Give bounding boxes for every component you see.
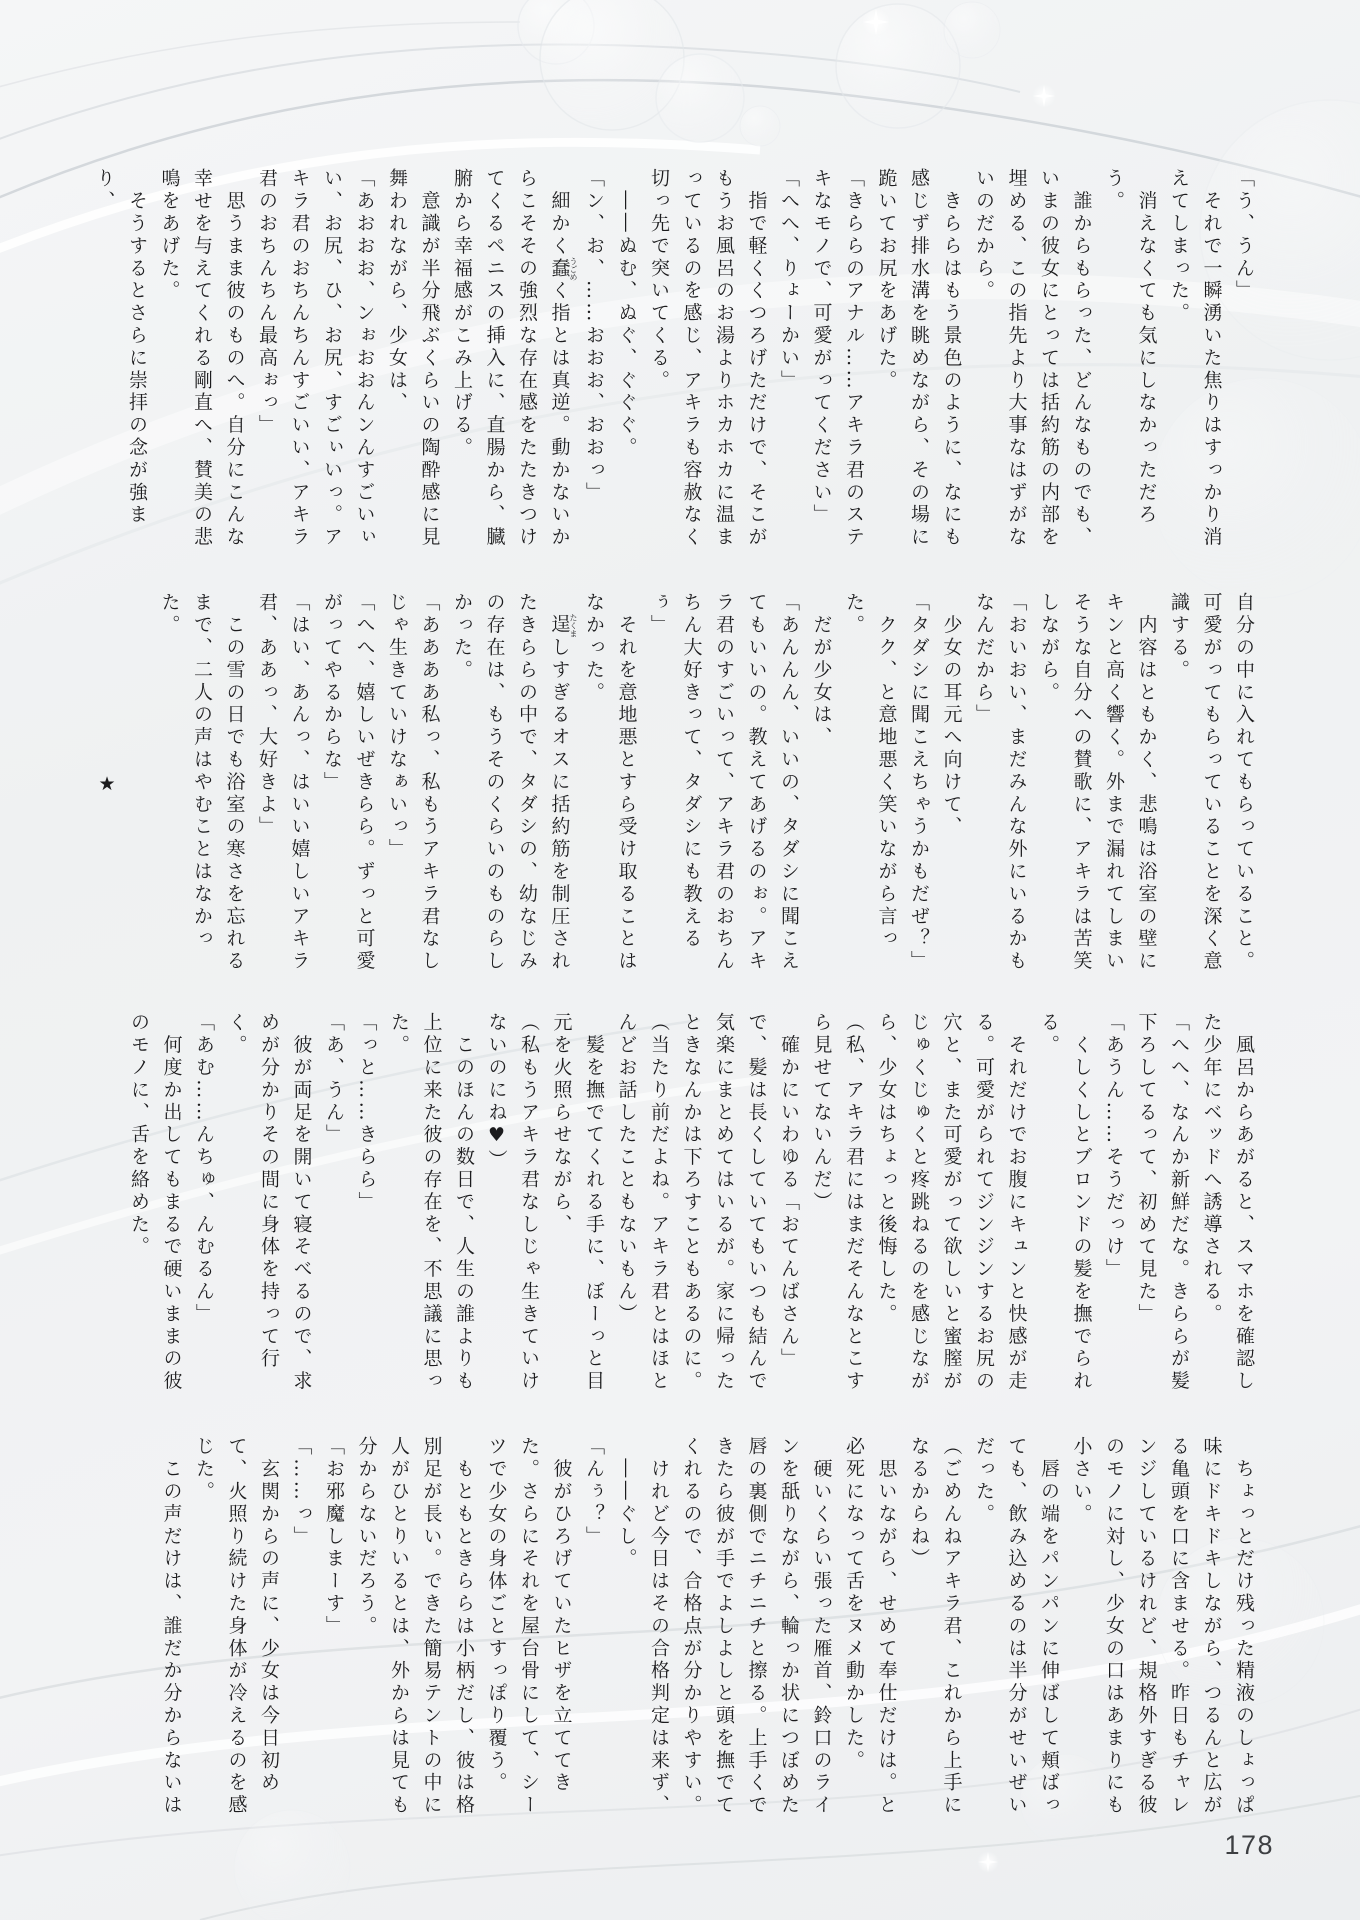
paragraph: 「ン、お、……おおお、おおっ」 — [578, 168, 611, 552]
paragraph: 「あむ……んちゅ、んむるん」 — [188, 1012, 221, 1396]
paragraph: 「タダシに聞こえちゃうかもだぜ？」 — [903, 592, 936, 976]
paragraph: 消えなくても気にしなかっただろう。 — [1098, 168, 1163, 552]
paragraph: ――ぬむ、ぬぐ、ぐぐぐ。 — [610, 168, 643, 552]
paragraph: 唇の端をパンパンに伸ばして頬ばっても、飲み込めるのは半分がせいぜいだった。 — [968, 1436, 1066, 1820]
text-band-2: 自分の中に入れてもらっていること。可愛がってもらっていることを深く意識する。 内… — [134, 592, 1260, 976]
paragraph: この声だけは、誰だか分からないは — [155, 1436, 188, 1820]
paragraph: 思うまま彼のものへ。自分にこんな幸せを与えてくれる剛直へ、賛美の悲鳴をあげた。 — [153, 168, 251, 552]
paragraph: きららはもう景色のように、なにも感じず排水溝を眺めながら、その場に跪いてお尻をあ… — [870, 168, 968, 552]
paragraph: くしくしとブロンドの髪を撫でられる。 — [1033, 1012, 1098, 1396]
paragraph: 「きららのアナル……アキラ君のステキなモノで、可愛がってください」 — [805, 168, 870, 552]
paragraph: 意識が半分飛ぶくらいの陶酔感に見舞われながら、少女は、 — [381, 168, 446, 552]
paragraph: 「んぅ？」 — [578, 1436, 611, 1820]
paragraph: 自分の中に入れてもらっていること。可愛がってもらっていることを深く意識する。 — [1163, 592, 1261, 976]
paragraph: ちょっとだけ残った精液のしょっぱ味にドキドキしながら、つるんと広がる亀頭を口に含… — [1065, 1436, 1260, 1820]
text-band-4: ちょっとだけ残った精液のしょっぱ味にドキドキしながら、つるんと広がる亀頭を口に含… — [134, 1436, 1260, 1820]
paragraph: 「はい、あんっ、はいい嬉しいアキラ君、ああっ、大好きよ」 — [251, 592, 316, 976]
paragraph: けれど今日はその合格判定は来ず、 — [643, 1436, 676, 1820]
paragraph: 逞たくましすぎるオスに括約筋を制圧されたきららの中で、タダシの、幼なじみの存在は… — [446, 592, 578, 976]
paragraph: ――ぐし。 — [610, 1436, 643, 1820]
paragraph: 「あうん……そうだっけ」 — [1098, 1012, 1131, 1396]
paragraph: 「おいおい、まだみんな外にいるかもなんだから」 — [968, 592, 1033, 976]
paragraph: （当たり前だよね。アキラ君とはほとんどお話したこともないもん） — [610, 1012, 675, 1396]
paragraph: この雪の日でも浴室の寒さを忘れるまで、二人の声はやむことはなかった。 — [153, 592, 251, 976]
paragraph: 「ああああ私っ、私もうアキラ君なしじゃ生きていけなぁいっ」 — [381, 592, 446, 976]
paragraph: 「あおおお、ンぉおおんンんすごいぃい、お尻、ひ、お尻、すごぃいっ。アキラ君のおち… — [251, 168, 381, 552]
paragraph: 「へへ、りょーかい」 — [773, 168, 806, 552]
paragraph: 彼が両足を開いて寝そべるので、求めが分かりその間に身体を持って行く。 — [220, 1012, 318, 1396]
paragraph: それで一瞬湧いた焦りはすっかり消えてしまった。 — [1163, 168, 1228, 552]
paragraph: 内容はともかく、悲鳴は浴室の壁にキンと高く響く。外まで漏れてしまいそうな自分への… — [1033, 592, 1163, 976]
paragraph: 誰からもらった、どんなものでも、いまの彼女にとっては括約筋の内部を埋める、この指… — [968, 168, 1098, 552]
book-page: { "page": { "number": "178", "divider_sy… — [0, 0, 1360, 1920]
paragraph: 「……っ」 — [285, 1436, 318, 1820]
paragraph: 風呂からあがると、スマホを確認した少年にベッドへ誘導される。 — [1195, 1012, 1260, 1396]
paragraph: 彼がひろげていたヒザを立ててきた。さらにそれを屋台骨にして、シーツで少女の身体ご… — [480, 1436, 578, 1820]
paragraph: だが少女は、 — [805, 592, 838, 976]
paragraph: クク、と意地悪く笑いながら言った。 — [838, 592, 903, 976]
paragraph: 少女の耳元へ向けて、 — [935, 592, 968, 976]
paragraph: 指で軽くくつろげただけで、そこがもうお風呂のお湯よりホカホカに温まっているのを感… — [643, 168, 773, 552]
paragraph: 「あ、うん」 — [318, 1012, 351, 1396]
scene-break-star: ★ — [91, 592, 124, 976]
paragraph: 確かにいわゆる「おてんばさん」で、髪は長くしていてもいつも結んで気楽にまとめては… — [675, 1012, 805, 1396]
paragraph: （ごめんねアキラ君、これから上手になるからね） — [903, 1436, 968, 1820]
paragraph: 「へへ、なんか新鮮だな。きららが髪下ろしてるって、初めて見た」 — [1130, 1012, 1195, 1396]
paragraph: 何度か出してもまるで硬いままの彼のモノに、舌を絡めた。 — [123, 1012, 188, 1396]
paragraph: 「っと……きらら」 — [350, 1012, 383, 1396]
paragraph: （私、アキラ君にはまだそんなとこすら見せてないんだ） — [805, 1012, 870, 1396]
paragraph: 「へへ、嬉しいぜきらら。ずっと可愛がってやるからな」 — [316, 592, 381, 976]
paragraph: 玄関からの声に、少女は今日初めて、火照り続けた身体が冷えるのを感じた。 — [188, 1436, 286, 1820]
sparkle-icon — [1032, 84, 1056, 108]
paragraph: そうするとさらに崇拝の念が強まり、 — [88, 168, 153, 552]
paragraph: それだけでお腹にキュンと快感が走る。可愛がられてジンジンするお尻の穴と、また可愛… — [870, 1012, 1033, 1396]
text-band-1: 「う、うん」 それで一瞬湧いた焦りはすっかり消えてしまった。 消えなくても気にし… — [134, 168, 1260, 552]
paragraph: それを意地悪とすら受け取ることはなかった。 — [578, 592, 643, 976]
sparkle-icon — [862, 8, 890, 36]
paragraph: 「あんんん、いいの、タダシに聞こえてもいいの。教えてあげるのぉ。アキラ君のすごい… — [643, 592, 806, 976]
paragraph: このほんの数日で、人生の誰よりも上位に来た彼の存在を、不思議に思った。 — [383, 1012, 481, 1396]
paragraph: 硬いくらい張った雁首、鈴口のラインを舐りながら、輪っか状につぼめた唇の裏側でニチ… — [675, 1436, 838, 1820]
paragraph: （私もうアキラ君なしじゃ生きていけないのにね♥） — [480, 1012, 545, 1396]
paragraph: もともときららは小柄だし、彼は格別足が長い。できた簡易テントの中に人がひとりいる… — [350, 1436, 480, 1820]
paragraph: 髪を撫でてくれる手に、ぼーっと目元を火照らせながら、 — [545, 1012, 610, 1396]
sparkle-icon — [977, 1851, 999, 1873]
page-number: 178 — [1224, 1830, 1274, 1861]
paragraph: 「お邪魔しまーす」 — [318, 1436, 351, 1820]
paragraph: 思いながら、せめて奉仕だけは。と必死になって舌をヌメ動かした。 — [838, 1436, 903, 1820]
paragraph: 細かく蠢うごめく指とは真逆。動かないからこそその強烈な存在感をたたきつけてくるペ… — [446, 168, 578, 552]
text-band-3: 風呂からあがると、スマホを確認した少年にベッドへ誘導される。「へへ、なんか新鮮だ… — [134, 1012, 1260, 1396]
paragraph: 「う、うん」 — [1228, 168, 1261, 552]
